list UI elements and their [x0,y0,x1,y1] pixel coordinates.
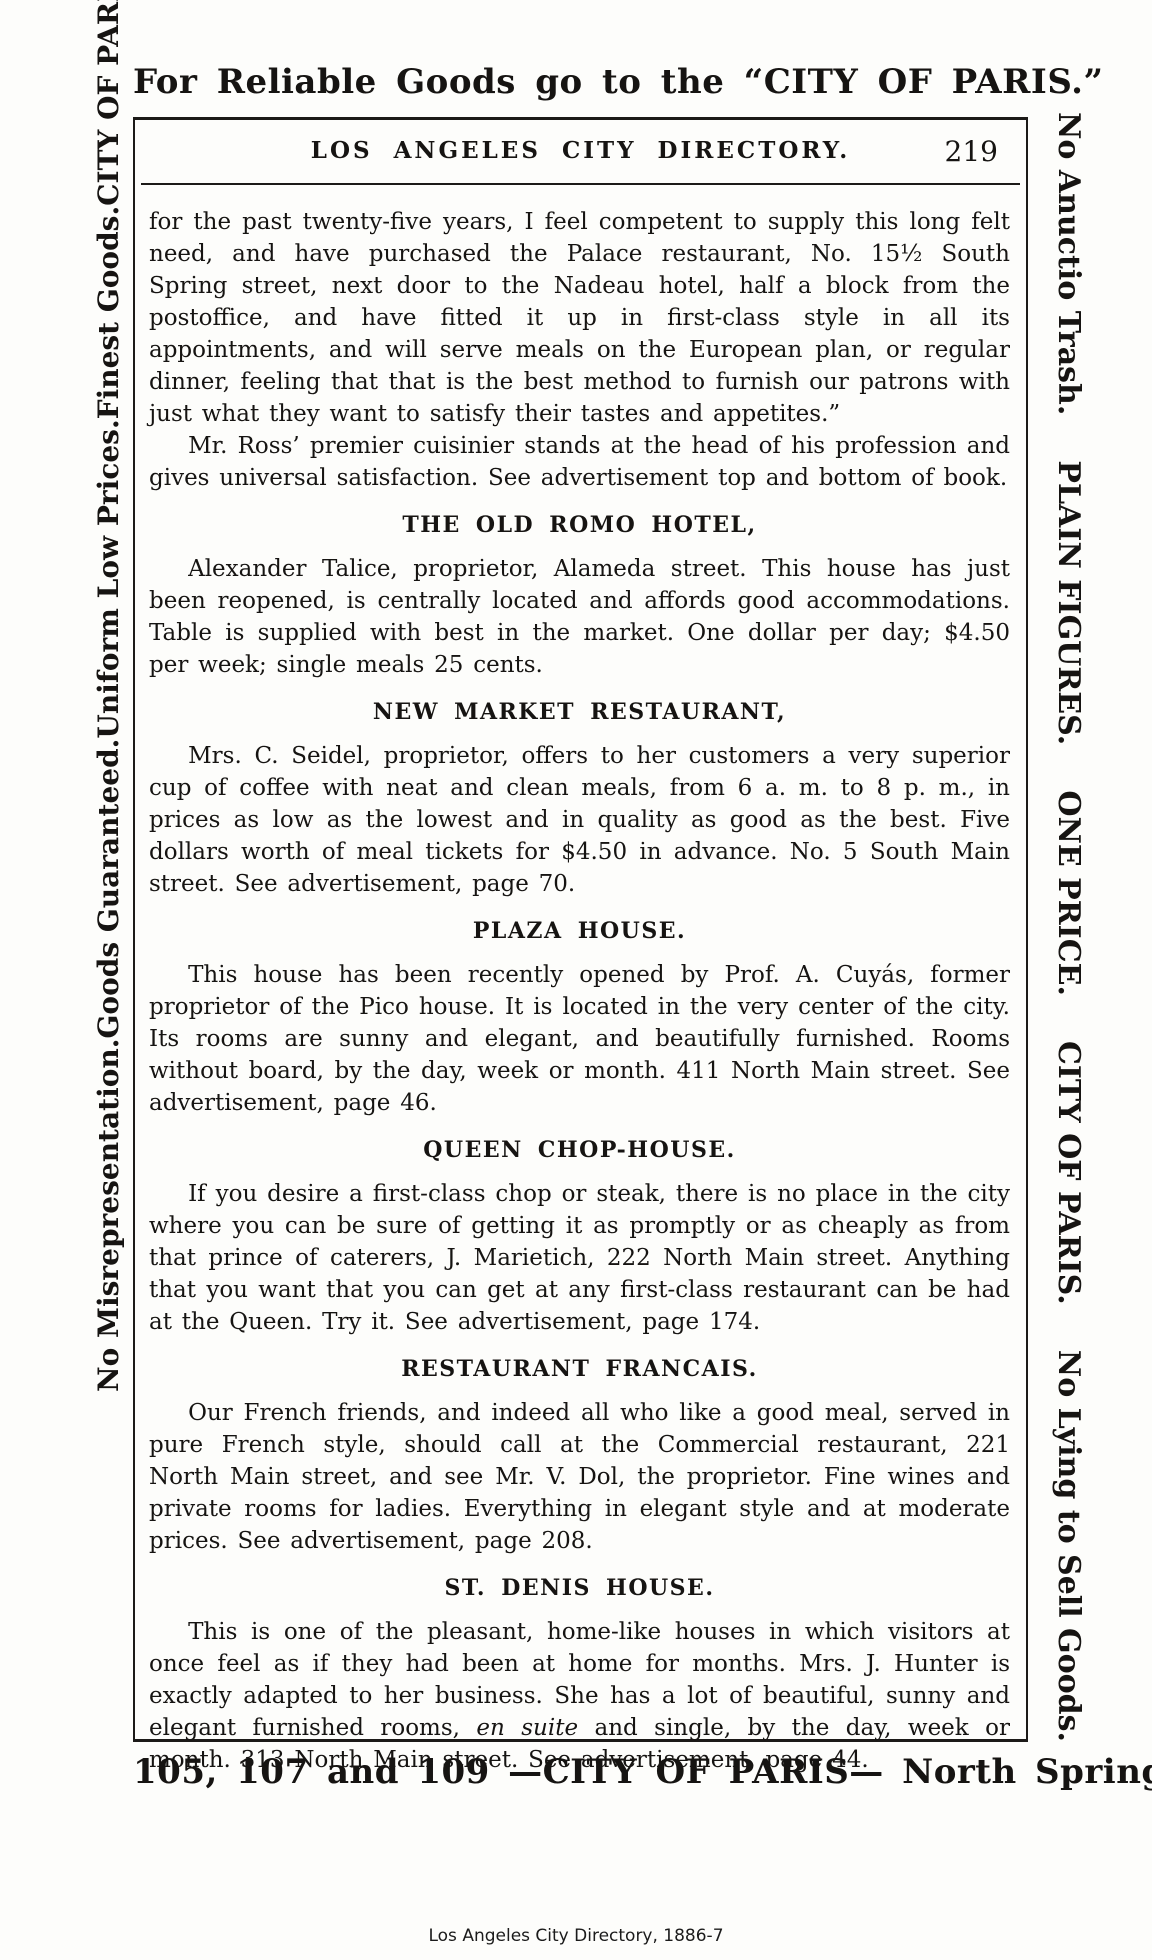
section-heading-queen-chop-house: QUEEN CHOP-HOUSE. [149,1134,1010,1166]
section-heading-plaza-house: PLAZA HOUSE. [149,915,1010,947]
left-margin-slogans: No Misrepresentation. Goods Guaranteed. … [84,95,132,1392]
right-margin-slogans: No Anuctio Trash. PLAIN FIGURES. ONE PRI… [1044,112,1094,1742]
paragraph-ross: Mr. Ross’ premier cuisinier stands at th… [149,430,1010,494]
section-heading-st-denis-house: ST. DENIS HOUSE. [149,1572,1010,1604]
slogan: Goods Guaranteed. [92,739,125,1039]
slogan: CITY OF PARIS. [92,0,125,206]
directory-body: for the past twenty-five years, I feel c… [135,185,1026,1776]
paragraph-old-romo-hotel: Alexander Talice, proprietor, Alameda st… [149,553,1010,681]
paragraph-plaza-house: This house has been recently opened by P… [149,959,1010,1119]
slogan: CITY OF PARIS. [1052,1041,1087,1305]
section-heading-restaurant-francais: RESTAURANT FRANCAIS. [149,1353,1010,1385]
directory-title: LOS ANGELES CITY DIRECTORY. [135,137,1026,164]
paragraph-queen-chop-house: If you desire a first-class chop or stea… [149,1178,1010,1338]
slogan: PLAIN FIGURES. [1052,460,1087,745]
section-heading-old-romo-hotel: THE OLD ROMO HOTEL, [149,509,1010,541]
paragraph-restaurant-francais: Our French friends, and indeed all who l… [149,1397,1010,1557]
page-number: 219 [945,135,998,168]
slogan: Finest Goods. [92,206,125,420]
scanned-directory-page: For Reliable Goods go to the “CITY OF PA… [0,0,1152,1960]
bottom-advertising-banner: 105, 107 and 109 —CITY OF PARIS— North S… [133,1752,1030,1792]
slogan: No Anuctio Trash. [1052,112,1087,415]
paragraph-segment-italic: en suite [476,1715,578,1741]
slogan: ONE PRICE. [1052,790,1087,996]
top-advertising-banner: For Reliable Goods go to the “CITY OF PA… [133,62,1033,102]
paragraph-new-market-restaurant: Mrs. C. Seidel, proprietor, offers to he… [149,740,1010,900]
section-heading-new-market-restaurant: NEW MARKET RESTAURANT, [149,696,1010,728]
slogan: No Misrepresentation. [92,1039,125,1393]
slogan: Uniform Low Prices. [92,419,125,738]
paragraph-continuation: for the past twenty-five years, I feel c… [149,206,1010,430]
slogan: No Lying to Sell Goods. [1052,1350,1087,1742]
page-content-box: LOS ANGELES CITY DIRECTORY. 219 for the … [133,117,1028,1742]
scan-source-caption: Los Angeles City Directory, 1886-7 [0,1926,1152,1946]
page-header: LOS ANGELES CITY DIRECTORY. 219 [135,137,1026,173]
